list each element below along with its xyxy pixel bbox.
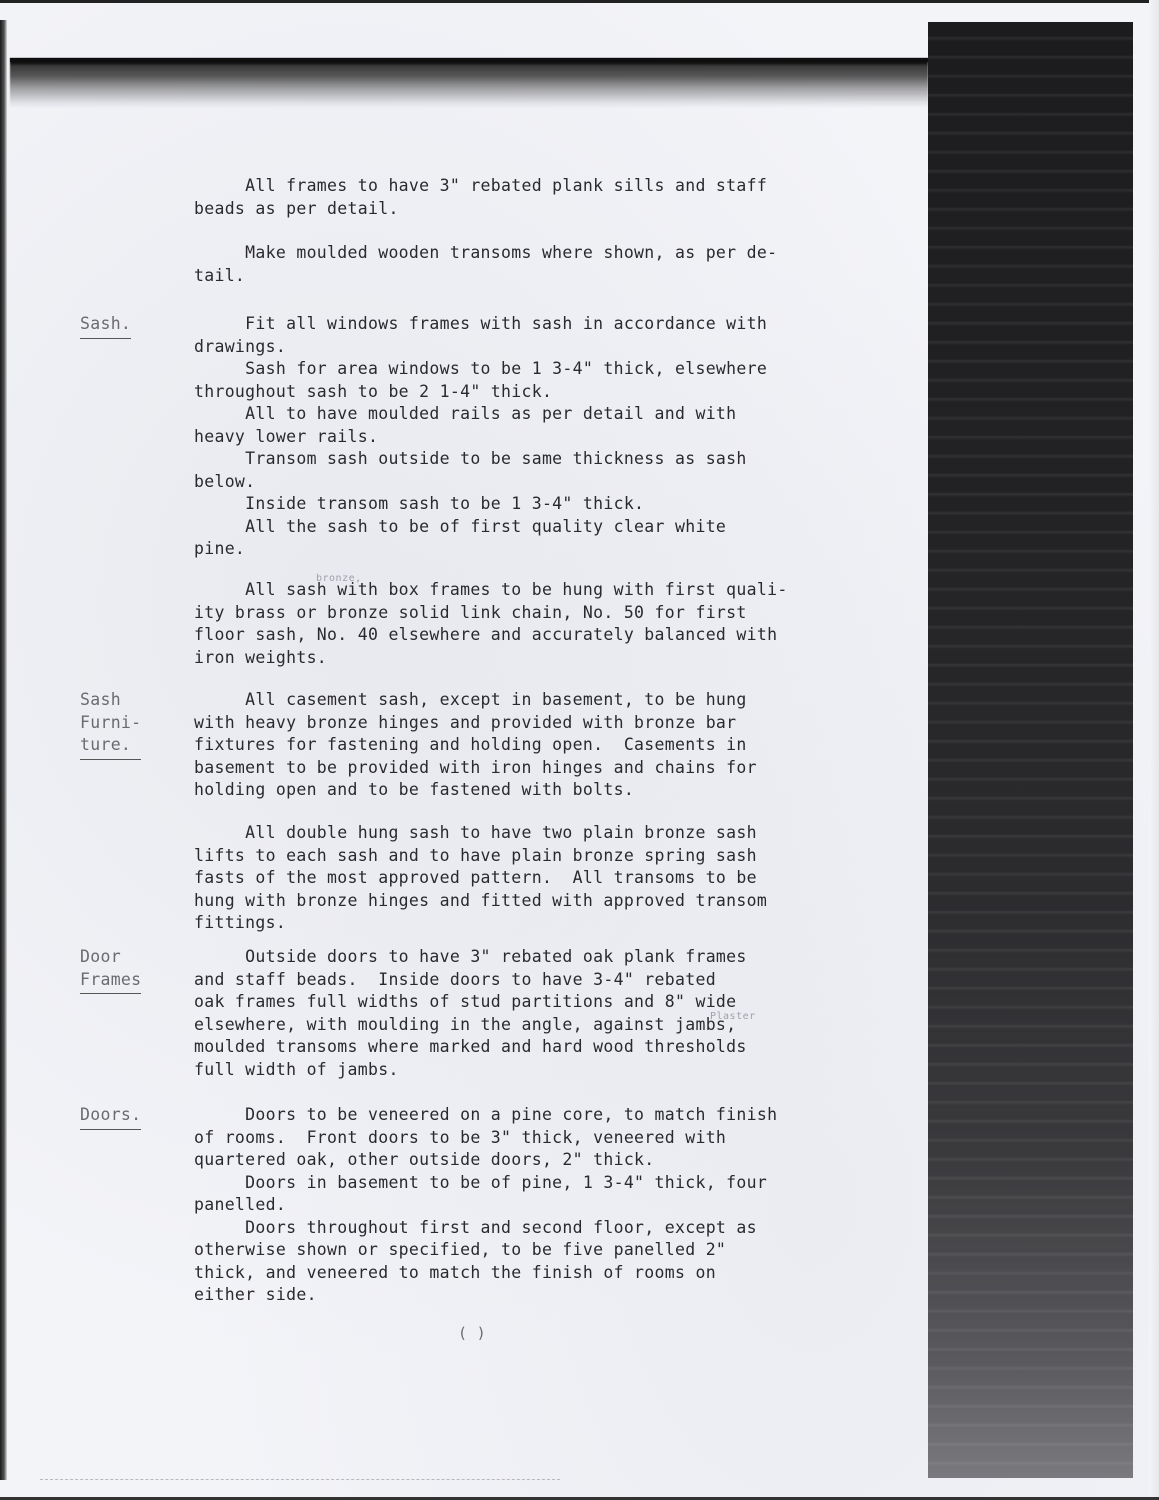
margin-label-sash: Sash. [80,313,154,339]
scan-right-edge [1149,0,1159,1500]
margin-label-sash-furniture-text: Sash Furni- ture. [80,689,141,760]
paragraph-sash: Fit all windows frames with sash in acco… [194,313,854,561]
paragraph-double-hung-sash: All double hung sash to have two plain b… [194,822,854,935]
document-body: All frames to have 3" rebated plank sill… [0,0,928,1500]
margin-label-door-frames-text: Door Frames [80,946,141,994]
margin-label-doors-text: Doors. [80,1104,141,1130]
paragraph-frames-sills: All frames to have 3" rebated plank sill… [194,175,854,220]
margin-label-doors: Doors. [80,1104,154,1130]
paragraph-doors: Doors to be veneered on a pine core, to … [194,1104,854,1307]
margin-label-sash-text: Sash. [80,313,131,339]
page-number: ( ) [458,1322,486,1345]
paragraph-door-frames: Outside doors to have 3" rebated oak pla… [194,946,854,1081]
paragraph-transoms: Make moulded wooden transoms where shown… [194,242,854,287]
scan-dark-band [928,22,1133,1478]
margin-label-sash-furniture: Sash Furni- ture. [80,689,154,760]
paragraph-sash-chains: All sash with box frames to be hung with… [194,579,854,669]
paragraph-casement-sash: All casement sash, except in basement, t… [194,689,854,802]
margin-label-door-frames: Door Frames [80,946,154,994]
